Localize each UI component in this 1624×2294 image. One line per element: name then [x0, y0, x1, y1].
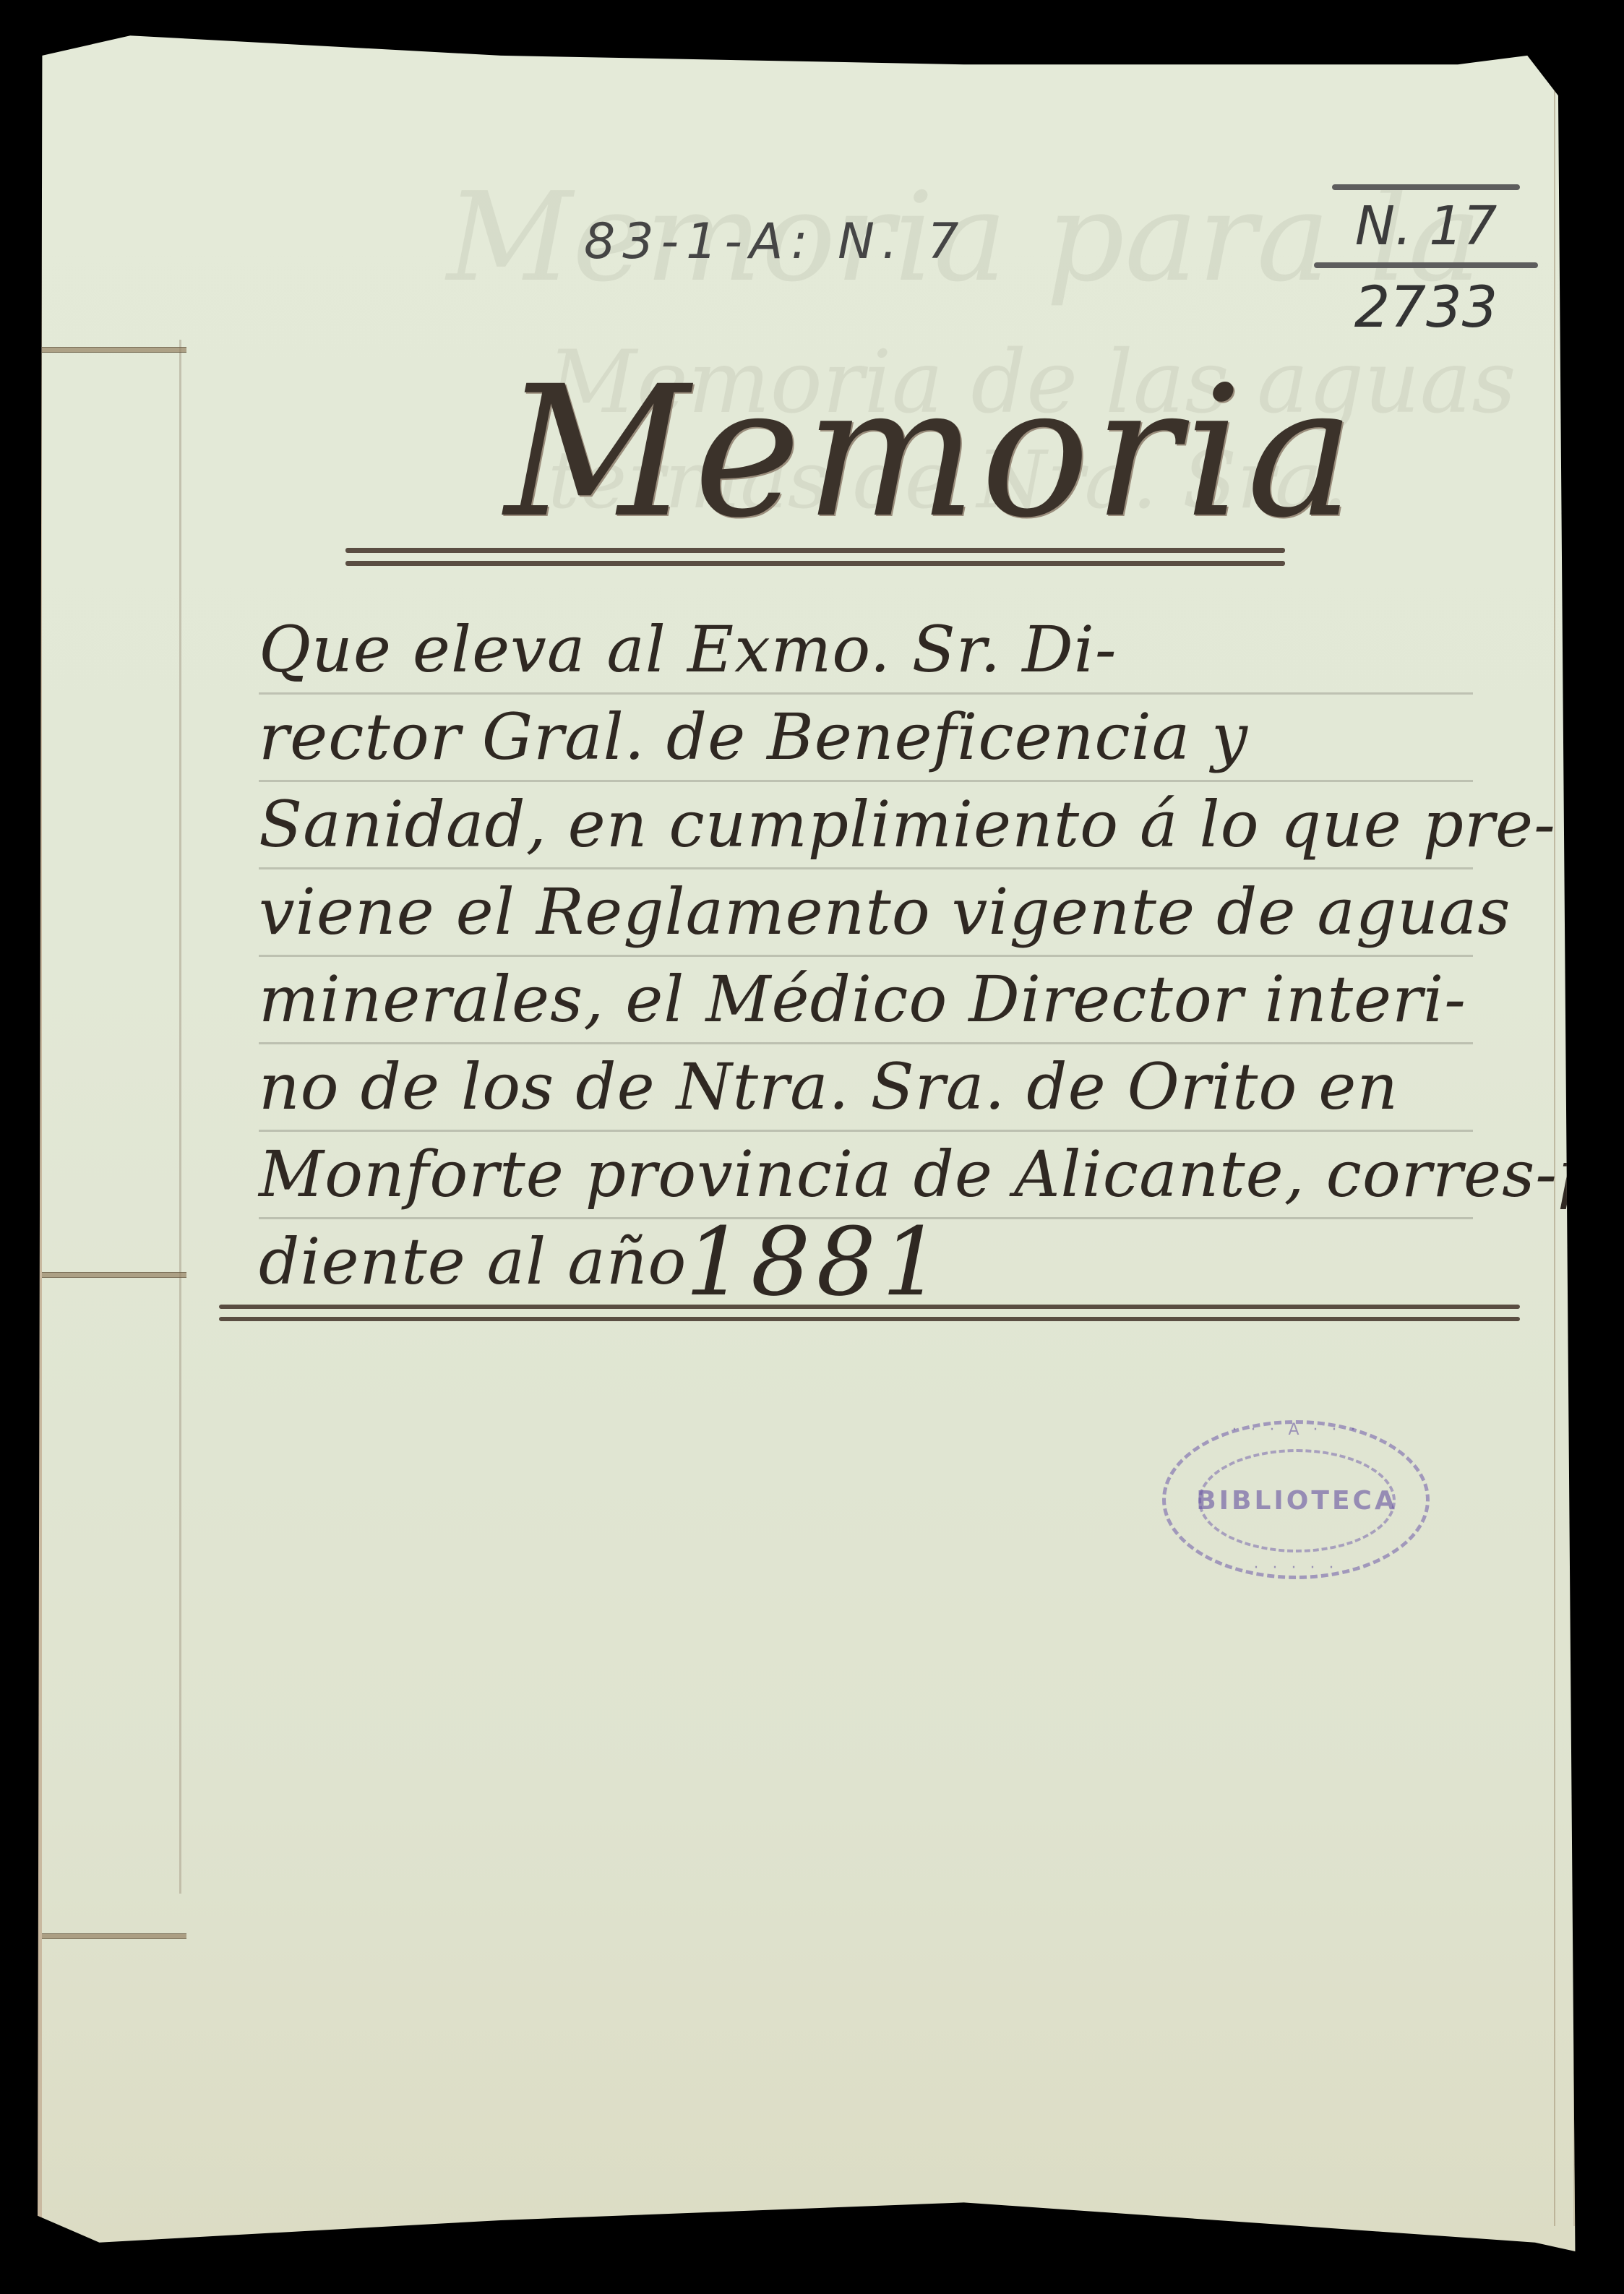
stamp-top-text: · · · A · · ·: [1166, 1421, 1426, 1439]
body-line: viene el Reglamento vigente de aguas: [259, 869, 1473, 957]
body-line: Sanidad, en cumplimiento á lo que pre-: [259, 782, 1473, 869]
shelf-rule-top: [1332, 184, 1520, 190]
shelf-number: N. 17: [1307, 190, 1545, 262]
binding-stitch-middle: [42, 1272, 186, 1278]
document-year: 1881: [685, 1207, 948, 1317]
stamp-bottom-text: · · · · ·: [1166, 1559, 1426, 1577]
document-page: Memoria para la Memoria de las aguas ter…: [38, 29, 1581, 2251]
body-line: Que eleva al Exmo. Sr. Di-: [259, 607, 1473, 695]
library-stamp: · · · A · · · BIBLIOTECA · · · · ·: [1162, 1420, 1430, 1579]
stamp-inner-ring: BIBLIOTECA: [1198, 1449, 1396, 1552]
binding-stitch-top: [42, 347, 186, 353]
shelf-mark: N. 17 2733: [1307, 184, 1545, 348]
catalog-number: 2733: [1307, 268, 1545, 348]
reference-code: 83-1-A: N. 7: [584, 213, 966, 270]
title-underline: [345, 561, 1285, 566]
body-line: Monforte provincia de Alicante, corres-p…: [259, 1132, 1473, 1219]
body-line: rector Gral. de Beneficencia y: [259, 695, 1473, 782]
shelf-rule-bottom: [1314, 262, 1538, 268]
title-underline: [345, 548, 1285, 553]
document-title: Memoria: [504, 347, 1359, 557]
body-line: minerales, el Médico Director interi-: [259, 957, 1473, 1044]
closing-rule: [219, 1317, 1520, 1321]
body-paragraph: Que eleva al Exmo. Sr. Di- rector Gral. …: [259, 607, 1473, 1307]
binding-thread: [179, 340, 181, 1894]
body-line: no de los de Ntra. Sra. de Orito en: [259, 1044, 1473, 1132]
binding-stitch-bottom: [42, 1933, 186, 1939]
stamp-center-text: BIBLIOTECA: [1196, 1486, 1398, 1516]
closing-rule: [219, 1305, 1520, 1309]
page-edge-line: [1573, 87, 1576, 2226]
